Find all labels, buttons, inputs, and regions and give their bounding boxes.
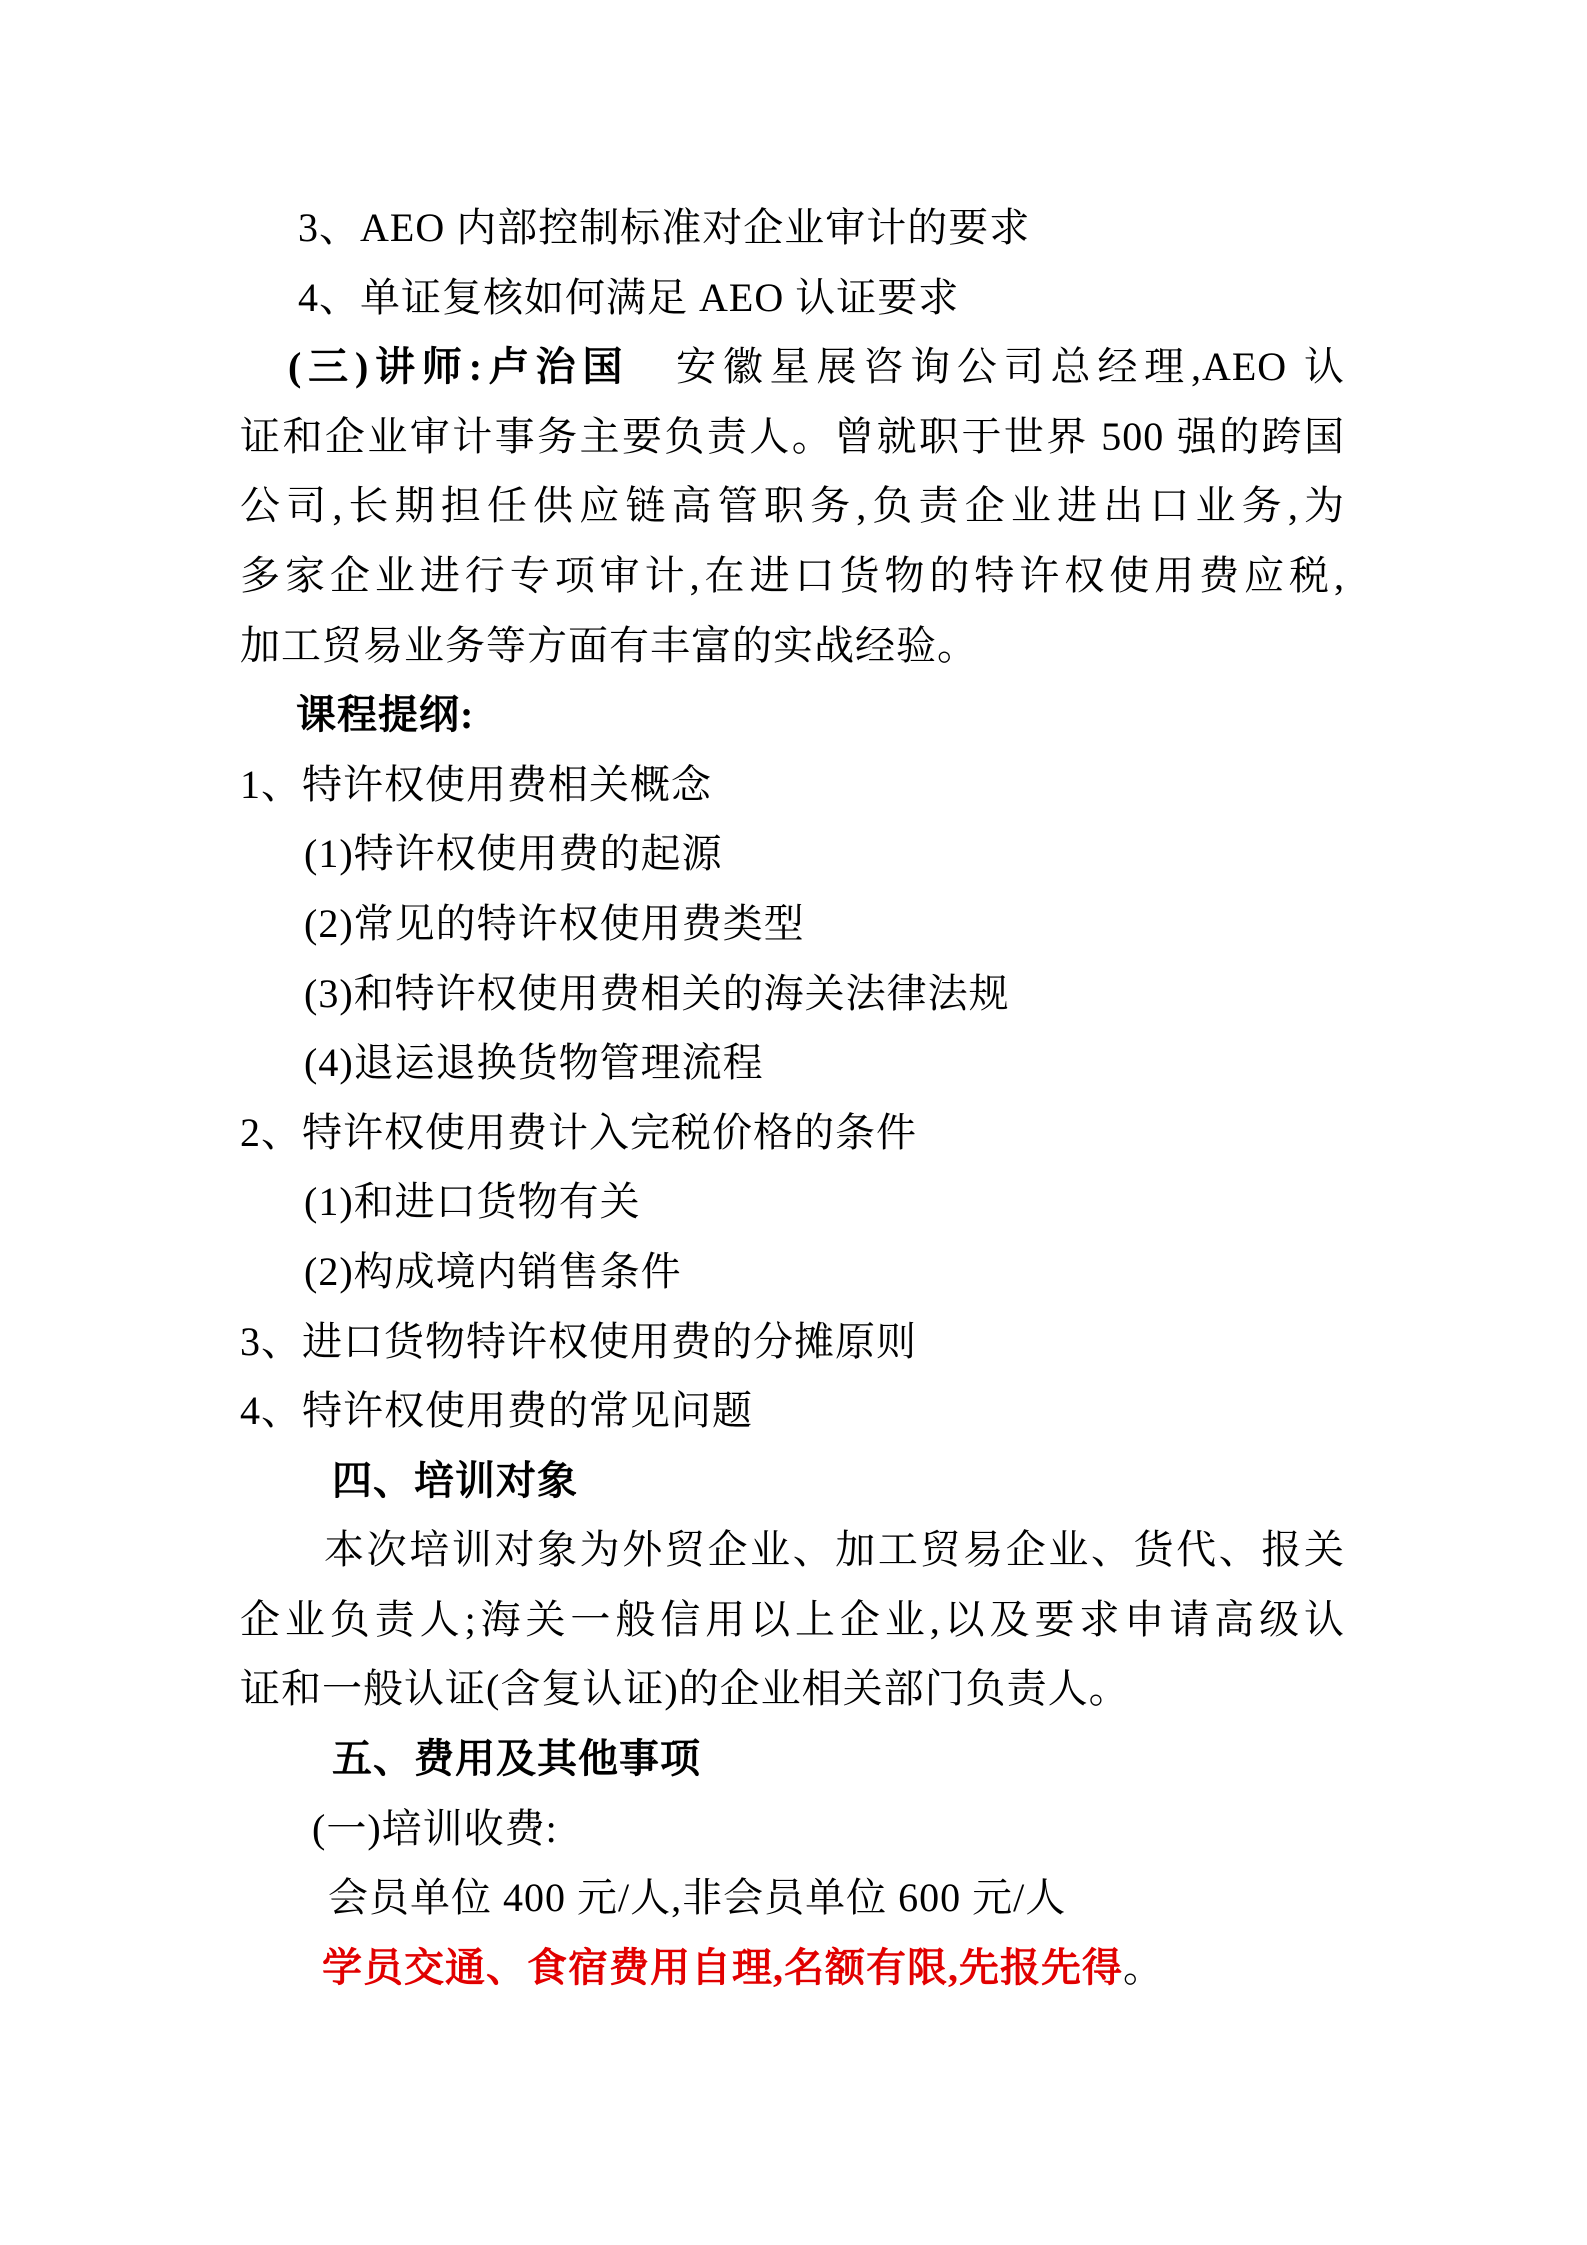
outline-topic-2-run-1: 2、特许权使用费计入完税价格的条件 (240, 1110, 917, 1155)
outline-topic-1-sub-4-run-1: (4)退运退换货物管理流程 (304, 1040, 764, 1085)
instructor-line-4-run-1: 多家企业进行专项审计,在进口货物的特许权使用费应税, (240, 553, 1345, 598)
outline-topic-1-sub-4: (4)退运退换货物管理流程 (240, 1028, 1345, 1098)
fee-label: (一)培训收费: (240, 1794, 1345, 1864)
red-notice-run-2: 。 (1123, 1945, 1164, 1990)
outline-topic-1: 1、特许权使用费相关概念 (240, 750, 1345, 820)
instructor-line-1-run-2: 安徽星展咨询公司总经理,AEO 认 (629, 344, 1345, 389)
audience-line-3: 证和一般认证(含复认证)的企业相关部门负责人。 (240, 1654, 1345, 1724)
audience-line-2: 企业负责人;海关一般信用以上企业,以及要求申请高级认 (240, 1585, 1345, 1655)
outline-topic-1-sub-2-run-1: (2)常见的特许权使用费类型 (304, 901, 805, 946)
section-heading-fees-run-1: 五、费用及其他事项 (332, 1736, 701, 1781)
red-notice-run-1: 学员交通、食宿费用自理,名额有限,先报先得 (322, 1945, 1123, 1990)
outline-topic-4: 4、特许权使用费的常见问题 (240, 1376, 1345, 1446)
outline-topic-2-sub-2-run-1: (2)构成境内销售条件 (304, 1249, 682, 1294)
audience-line-3-run-1: 证和一般认证(含复认证)的企业相关部门负责人。 (240, 1666, 1130, 1711)
fee-amounts-run-1: 会员单位 400 元/人,非会员单位 600 元/人 (328, 1875, 1066, 1920)
instructor-line-1: (三)讲师:卢治国 安徽星展咨询公司总经理,AEO 认 (240, 332, 1345, 402)
instructor-line-1-run-1: (三)讲师:卢治国 (288, 344, 629, 389)
outline-topic-2: 2、特许权使用费计入完税价格的条件 (240, 1098, 1345, 1168)
instructor-line-5-run-1: 加工贸易业务等方面有丰富的实战经验。 (240, 623, 978, 668)
audience-line-1-run-1: 本次培训对象为外贸企业、加工贸易企业、货代、报关 (324, 1527, 1345, 1572)
fee-label-run-1: (一)培训收费: (312, 1806, 558, 1851)
outline-topic-1-sub-2: (2)常见的特许权使用费类型 (240, 889, 1345, 959)
audience-line-2-run-1: 企业负责人;海关一般信用以上企业,以及要求申请高级认 (240, 1597, 1345, 1642)
outline-topic-1-sub-3: (3)和特许权使用费相关的海关法律法规 (240, 959, 1345, 1029)
outline-topic-2-sub-1: (1)和进口货物有关 (240, 1167, 1345, 1237)
course-outline-heading: 课程提纲: (240, 680, 1345, 750)
outline-topic-3-run-1: 3、进口货物特许权使用费的分摊原则 (240, 1319, 917, 1364)
outline-topic-2-sub-2: (2)构成境内销售条件 (240, 1237, 1345, 1307)
audience-line-1: 本次培训对象为外贸企业、加工贸易企业、货代、报关 (240, 1515, 1345, 1585)
instructor-line-5: 加工贸易业务等方面有丰富的实战经验。 (240, 611, 1345, 681)
instructor-line-3: 公司,长期担任供应链高管职务,负责企业进出口业务,为 (240, 471, 1345, 541)
section-heading-fees: 五、费用及其他事项 (240, 1724, 1345, 1794)
red-notice: 学员交通、食宿费用自理,名额有限,先报先得。 (240, 1933, 1345, 2003)
outline-topic-1-run-1: 1、特许权使用费相关概念 (240, 762, 712, 807)
outline-item-3-run-1: 3、AEO 内部控制标准对企业审计的要求 (298, 205, 1030, 250)
outline-topic-1-sub-3-run-1: (3)和特许权使用费相关的海关法律法规 (304, 971, 1010, 1016)
course-outline-heading-run-1: 课程提纲: (296, 692, 474, 737)
outline-item-3: 3、AEO 内部控制标准对企业审计的要求 (240, 193, 1345, 263)
outline-topic-1-sub-1: (1)特许权使用费的起源 (240, 819, 1345, 889)
document-page: 3、AEO 内部控制标准对企业审计的要求4、单证复核如何满足 AEO 认证要求(… (0, 0, 1587, 2245)
instructor-line-3-run-1: 公司,长期担任供应链高管职务,负责企业进出口业务,为 (240, 483, 1345, 528)
section-heading-training-audience-run-1: 四、培训对象 (332, 1458, 578, 1503)
outline-item-4-run-1: 4、单证复核如何满足 AEO 认证要求 (298, 275, 959, 320)
instructor-line-2: 证和企业审计事务主要负责人。曾就职于世界 500 强的跨国 (240, 402, 1345, 472)
outline-topic-1-sub-1-run-1: (1)特许权使用费的起源 (304, 831, 723, 876)
outline-topic-2-sub-1-run-1: (1)和进口货物有关 (304, 1179, 641, 1224)
instructor-line-2-run-1: 证和企业审计事务主要负责人。曾就职于世界 500 强的跨国 (240, 414, 1345, 459)
outline-item-4: 4、单证复核如何满足 AEO 认证要求 (240, 263, 1345, 333)
outline-topic-3: 3、进口货物特许权使用费的分摊原则 (240, 1307, 1345, 1377)
fee-amounts: 会员单位 400 元/人,非会员单位 600 元/人 (240, 1863, 1345, 1933)
outline-topic-4-run-1: 4、特许权使用费的常见问题 (240, 1388, 753, 1433)
section-heading-training-audience: 四、培训对象 (240, 1446, 1345, 1516)
document-body: 3、AEO 内部控制标准对企业审计的要求4、单证复核如何满足 AEO 认证要求(… (240, 193, 1345, 2002)
instructor-line-4: 多家企业进行专项审计,在进口货物的特许权使用费应税, (240, 541, 1345, 611)
